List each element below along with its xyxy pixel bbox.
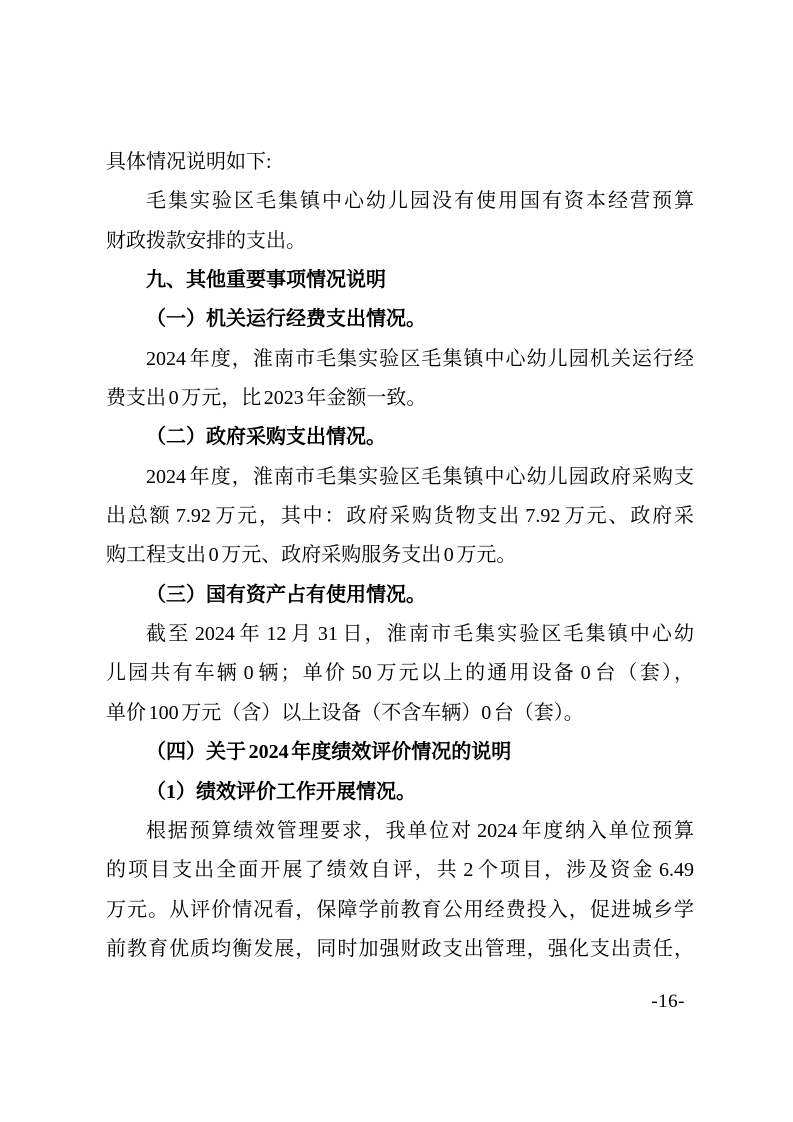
text-line: 万元。从评价情况看，保障学前教育公用经费投入，促进城乡学 xyxy=(106,891,694,930)
section-heading: （四）关于 2024 年度绩效评价情况的说明 xyxy=(106,733,694,772)
text-line: 毛集实验区毛集镇中心幼儿园没有使用国有资本经营预算 xyxy=(106,182,694,221)
text-line: 具体情况说明如下: xyxy=(106,143,694,182)
page-number: -16- xyxy=(651,990,685,1014)
section-heading: （一）机关运行经费支出情况。 xyxy=(106,300,694,339)
text-line: 费支出 0 万元，比 2023 年金额一致。 xyxy=(106,379,694,418)
text-line: 出总额 7.92 万元，其中：政府采购货物支出 7.92 万元、政府采 xyxy=(106,497,694,536)
section-heading: 九、其他重要事项情况说明 xyxy=(106,261,694,300)
document-page: 具体情况说明如下:毛集实验区毛集镇中心幼儿园没有使用国有资本经营预算财政拨款安排… xyxy=(0,0,793,1122)
section-heading: （二）政府采购支出情况。 xyxy=(106,418,694,457)
text-line: 单价 100 万元（含）以上设备（不含车辆）0 台（套）。 xyxy=(106,694,694,733)
text-line: 2024 年度，淮南市毛集实验区毛集镇中心幼儿园机关运行经 xyxy=(106,340,694,379)
section-heading: （三）国有资产占有使用情况。 xyxy=(106,576,694,615)
section-heading: （1）绩效评价工作开展情况。 xyxy=(106,773,694,812)
text-line: 截至 2024 年 12 月 31 日，淮南市毛集实验区毛集镇中心幼 xyxy=(106,615,694,654)
text-line: 2024 年度，淮南市毛集实验区毛集镇中心幼儿园政府采购支 xyxy=(106,458,694,497)
text-line: 前教育优质均衡发展，同时加强财政支出管理，强化支出责任， xyxy=(106,930,694,969)
text-line: 购工程支出 0 万元、政府采购服务支出 0 万元。 xyxy=(106,536,694,575)
text-line: 根据预算绩效管理要求，我单位对 2024 年度纳入单位预算 xyxy=(106,812,694,851)
text-line: 的项目支出全面开展了绩效自评，共 2 个项目，涉及资金 6.49 xyxy=(106,851,694,890)
text-line: 儿园共有车辆 0 辆；单价 50 万元以上的通用设备 0 台（套）， xyxy=(106,654,694,693)
document-body: 具体情况说明如下:毛集实验区毛集镇中心幼儿园没有使用国有资本经营预算财政拨款安排… xyxy=(106,143,694,969)
text-line: 财政拨款安排的支出。 xyxy=(106,222,694,261)
